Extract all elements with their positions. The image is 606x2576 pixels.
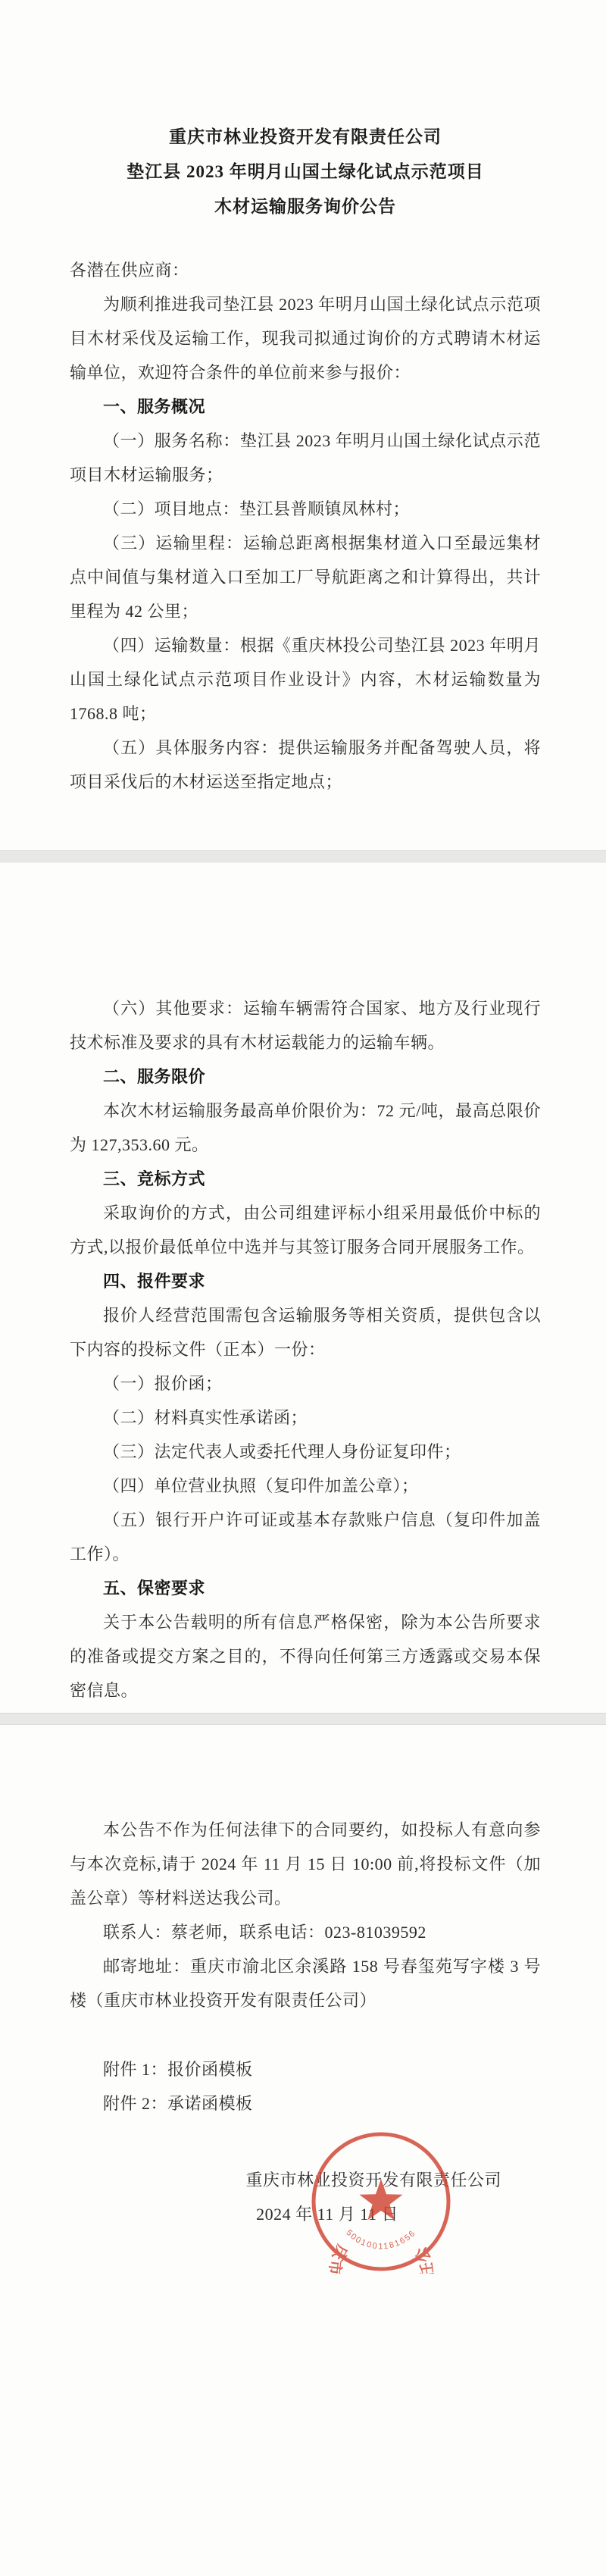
salutation: 各潜在供应商： — [70, 253, 541, 287]
page-gap-1 — [0, 850, 606, 862]
submission-item-1: （一）报价函； — [70, 1366, 541, 1401]
submission-item-4: （四）单位营业执照（复印件加盖公章）； — [70, 1469, 541, 1503]
service-item-6: （六）其他要求：运输车辆需符合国家、地方及行业现行技术标准及要求的具有木材运载能… — [70, 991, 541, 1060]
section-5-heading: 五、保密要求 — [70, 1571, 541, 1605]
scanned-document: 重庆市林业投资开发有限责任公司 垫江县 2023 年明月山国土绿化试点示范项目 … — [0, 0, 606, 2576]
closing-paragraph: 本公告不作为任何法律下的合同要约，如投标人有意向参与本次竞标,请于 2024 年… — [70, 1813, 541, 1915]
bidding-method-paragraph: 采取询价的方式，由公司组建评标小组采用最低价中标的方式,以报价最低单位中选并与其… — [70, 1196, 541, 1264]
page-1: 重庆市林业投资开发有限责任公司 垫江县 2023 年明月山国土绿化试点示范项目 … — [0, 0, 606, 850]
section-2-heading: 二、服务限价 — [70, 1060, 541, 1094]
page-gap-2 — [0, 1713, 606, 1725]
service-item-1: （一）服务名称：垫江县 2023 年明月山国土绿化试点示范项目木材运输服务； — [70, 424, 541, 492]
submission-item-2: （二）材料真实性承诺函； — [70, 1401, 541, 1435]
submission-item-3: （三）法定代表人或委托代理人身份证复印件； — [70, 1435, 541, 1469]
page-2: （六）其他要求：运输车辆需符合国家、地方及行业现行技术标准及要求的具有木材运载能… — [0, 862, 606, 1713]
contact-line: 联系人：蔡老师，联系电话：023-81039592 — [70, 1915, 541, 1949]
service-item-5: （五）具体服务内容：提供运输服务并配备驾驶人员，将项目采伐后的木材运送至指定地点… — [70, 731, 541, 799]
service-item-3: （三）运输里程：运输总距离根据集材道入口至最远集材点中间值与集材道入口至加工厂导… — [70, 526, 541, 628]
price-limit-paragraph: 本次木材运输服务最高单价限价为：72 元/吨，最高总限价为 127,353.60… — [70, 1094, 541, 1162]
submission-intro-paragraph: 报价人经营范围需包含运输服务等相关资质，提供包含以下内容的投标文件（正本）一份： — [70, 1298, 541, 1366]
doc-title-line-2: 垫江县 2023 年明月山国土绿化试点示范项目 — [70, 155, 541, 189]
page-3: 本公告不作为任何法律下的合同要约，如投标人有意向参与本次竞标,请于 2024 年… — [0, 1725, 606, 2576]
attachment-2-line: 附件 2：承诺函模板 — [70, 2086, 541, 2121]
signature-company-line: 重庆市林业投资开发有限责任公司 — [70, 2163, 541, 2197]
service-item-2: （二）项目地点：垫江县普顺镇凤林村； — [70, 492, 541, 526]
doc-title-line-1: 重庆市林业投资开发有限责任公司 — [70, 120, 541, 155]
submission-item-5: （五）银行开户许可证或基本存款账户信息（复印件加盖工作）。 — [70, 1503, 541, 1571]
section-1-heading: 一、服务概况 — [70, 390, 541, 424]
intro-paragraph: 为顺利推进我司垫江县 2023 年明月山国土绿化试点示范项目木材采伐及运输工作，… — [70, 287, 541, 390]
attachment-1-line: 附件 1：报价函模板 — [70, 2052, 541, 2086]
signature-date-line: 2024 年 11 月 11 日 — [70, 2197, 541, 2231]
confidentiality-paragraph: 关于本公告载明的所有信息严格保密，除为本公告所要求的准备或提交方案之目的，不得向… — [70, 1605, 541, 1707]
section-4-heading: 四、报件要求 — [70, 1264, 541, 1298]
service-item-4: （四）运输数量：根据《重庆林投公司垫江县 2023 年明月山国土绿化试点示范项目… — [70, 628, 541, 731]
seal-serial-number: 5001001181656 — [344, 2228, 417, 2251]
section-3-heading: 三、竞标方式 — [70, 1162, 541, 1196]
svg-text:5001001181656: 5001001181656 — [344, 2228, 417, 2251]
doc-title-line-3: 木材运输服务询价公告 — [70, 189, 541, 224]
mailing-address-line: 邮寄地址：重庆市渝北区余溪路 158 号春玺苑写字楼 3 号楼（重庆市林业投资开… — [70, 1949, 541, 2017]
